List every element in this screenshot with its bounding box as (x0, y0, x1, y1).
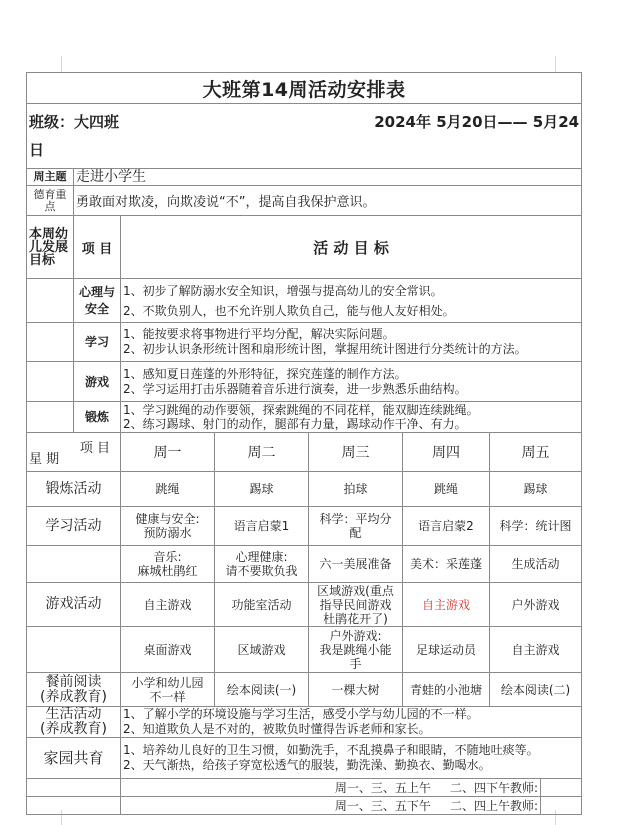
teacher-row: 周一、三、五上午 二、四下午教师: (27, 779, 582, 797)
schedule-cell: 跳绳 (403, 472, 490, 507)
page-title: 大班第14周活动安排表 (27, 73, 582, 104)
goal-row: 锻炼 1、学习跳绳的动作要领，探索跳绳的不同花样，能双脚连续跳绳。 2、练习踢球… (27, 402, 582, 433)
home-line: 1、培养幼儿良好的卫生习惯，如勤洗手，不乱摸鼻子和眼睛，不随地吐痰等。 (123, 743, 579, 758)
schedule-cell: 区域游戏(重点 指导民间游戏 杜鹃花开了) (309, 583, 403, 627)
exercise-row: 锻炼活动 跳绳 踢球 拍球 跳绳 踢球 (27, 472, 582, 507)
schedule-cell: 户外游戏 (490, 583, 582, 627)
schedule-cell: 足球运动员 (403, 627, 490, 673)
schedule-cell: 功能室活动 (215, 583, 309, 627)
corner-weekday: 星 期 (29, 448, 59, 467)
goal-line: 2、练习踢球、射门的动作，腿部有力量，踢球动作干净、有力。 (123, 417, 579, 431)
schedule-cell: 踢球 (490, 472, 582, 507)
life-line: 2、知道欺负人是不对的，被欺负时懂得告诉老师和家长。 (123, 722, 579, 737)
goals-col-item: 项 目 (74, 216, 121, 279)
goal-line: 1、学习跳绳的动作要领，探索跳绳的不同花样，能双脚连续跳绳。 (123, 403, 579, 417)
schedule-cell: 绘本阅读(一) (215, 673, 309, 707)
activity-table: 大班第14周活动安排表 班级：大四班 2024年 5月20日—— 5月24 日 … (26, 72, 582, 815)
schedule-cell: 科学：平均分 配 (309, 507, 403, 546)
goal-item: 游戏 (74, 362, 121, 402)
theme-label: 周主题 (27, 169, 74, 186)
crop-mark-top-right (555, 56, 556, 72)
day-header: 周三 (309, 433, 403, 472)
row-label: 生活活动 (养成教育) (27, 707, 121, 738)
crop-mark-top-left (61, 56, 62, 72)
row-label: 游戏活动 (27, 583, 121, 627)
goal-row: 心理与安全 1、初步了解防溺水安全知识，增强与提高幼儿的安全常识。 2、不欺负别… (27, 279, 582, 323)
goals-label: 本周幼儿发展目标 (27, 216, 74, 279)
home-row: 家园共育 1、培养幼儿良好的卫生习惯，如勤洗手，不乱摸鼻子和眼睛，不随地吐痰等。… (27, 738, 582, 779)
row-label (27, 546, 121, 583)
goal-line: 2、学习运用打击乐器随着音乐进行演奏，进一步熟悉乐曲结构。 (123, 382, 579, 397)
row-label: 餐前阅读 (养成教育) (27, 673, 121, 707)
goal-item: 学习 (74, 323, 121, 362)
goal-item: 心理与安全 (74, 279, 121, 323)
corner-item: 项 目 (80, 437, 110, 456)
life-row: 生活活动 (养成教育) 1、了解小学的环境设施与学习生活，感受小学与幼儿园的不一… (27, 707, 582, 738)
class-info-row: 班级：大四班 2024年 5月20日—— 5月24 日 (27, 104, 582, 169)
schedule-cell-highlighted: 自主游戏 (403, 583, 490, 627)
schedule-cell: 小学和幼儿园 不一样 (121, 673, 215, 707)
game-row: 游戏活动 自主游戏 功能室活动 区域游戏(重点 指导民间游戏 杜鹃花开了) 自主… (27, 583, 582, 627)
schedule-cell: 拍球 (309, 472, 403, 507)
schedule-cell: 绘本阅读(二) (490, 673, 582, 707)
goals-col-goal: 活 动 目 标 (121, 216, 582, 279)
day-header: 周四 (403, 433, 490, 472)
teacher-row: 周一、三、五下午 二、四上午教师: (27, 797, 582, 815)
schedule-cell: 跳绳 (121, 472, 215, 507)
goal-item: 锻炼 (74, 402, 121, 433)
day-header: 周五 (490, 433, 582, 472)
schedule-cell: 健康与安全: 预防溺水 (121, 507, 215, 546)
schedule-cell: 美术：采莲蓬 (403, 546, 490, 583)
row-label: 锻炼活动 (27, 472, 121, 507)
schedule-cell: 语言启蒙2 (403, 507, 490, 546)
schedule-document: 大班第14周活动安排表 班级：大四班 2024年 5月20日—— 5月24 日 … (26, 72, 581, 815)
day-header: 周二 (215, 433, 309, 472)
goal-line: 2、不欺负别人，也不允许别人欺负自己，能与他人友好相处。 (123, 301, 579, 321)
date-tail: 日 (29, 141, 44, 159)
schedule-cell: 生成活动 (490, 546, 582, 583)
goal-row: 游戏 1、感知夏日莲蓬的外形特征，探究莲蓬的制作方法。 2、学习运用打击乐器随着… (27, 362, 582, 402)
goal-line: 2、初步认识条形统计图和扇形统计图，掌握用统计图进行分类统计的方法。 (123, 342, 579, 357)
goal-line: 1、感知夏日莲蓬的外形特征，探究莲蓬的制作方法。 (123, 367, 579, 382)
goal-line: 1、能按要求将事物进行平均分配，解决实际问题。 (123, 327, 579, 342)
goal-row: 学习 1、能按要求将事物进行平均分配，解决实际问题。 2、初步认识条形统计图和扇… (27, 323, 582, 362)
schedule-cell: 桌面游戏 (121, 627, 215, 673)
schedule-cell: 踢球 (215, 472, 309, 507)
teacher-name-field[interactable] (541, 779, 582, 797)
teacher-schedule-text: 周一、三、五下午 二、四上午教师: (121, 797, 541, 815)
row-label (27, 627, 121, 673)
schedule-cell: 户外游戏: 我是跳绳小能 手 (309, 627, 403, 673)
study-row: 学习活动 健康与安全: 预防溺水 语言启蒙1 科学：平均分 配 语言启蒙2 科学… (27, 507, 582, 546)
home-line: 2、天气渐热，给孩子穿宽松透气的服装，勤洗澡、勤换衣、勤喝水。 (123, 758, 579, 773)
game-row-2: 桌面游戏 区域游戏 户外游戏: 我是跳绳小能 手 足球运动员 自主游戏 (27, 627, 582, 673)
schedule-cell: 心理健康: 请不要欺负我 (215, 546, 309, 583)
schedule-cell: 六一美展准备 (309, 546, 403, 583)
date-range: 2024年 5月20日—— 5月24 (374, 108, 579, 136)
schedule-cell: 自主游戏 (490, 627, 582, 673)
teacher-name-field[interactable] (541, 797, 582, 815)
schedule-cell: 区域游戏 (215, 627, 309, 673)
schedule-cell: 音乐: 麻城杜鹃红 (121, 546, 215, 583)
teacher-schedule-text: 周一、三、五上午 二、四下午教师: (121, 779, 541, 797)
schedule-cell: 自主游戏 (121, 583, 215, 627)
schedule-cell: 青蛙的小池塘 (403, 673, 490, 707)
row-label: 学习活动 (27, 507, 121, 546)
class-label: 班级：大四班 (29, 113, 119, 131)
study-row-2: 音乐: 麻城杜鹃红 心理健康: 请不要欺负我 六一美展准备 美术：采莲蓬 生成活… (27, 546, 582, 583)
moral-value: 勇敢面对欺凌，向欺凌说“不”，提高自我保护意识。 (74, 186, 582, 216)
life-line: 1、了解小学的环境设施与学习生活，感受小学与幼儿园的不一样。 (123, 707, 579, 722)
moral-label: 德育重点 (27, 186, 74, 216)
row-label: 家园共育 (27, 738, 121, 779)
theme-value: 走进小学生 (74, 169, 582, 186)
schedule-cell: 科学：统计图 (490, 507, 582, 546)
day-header: 周一 (121, 433, 215, 472)
reading-row: 餐前阅读 (养成教育) 小学和幼儿园 不一样 绘本阅读(一) 一棵大树 青蛙的小… (27, 673, 582, 707)
schedule-cell: 一棵大树 (309, 673, 403, 707)
goal-line: 1、初步了解防溺水安全知识，增强与提高幼儿的安全常识。 (123, 281, 579, 301)
day-corner-header: 项 目 星 期 (27, 433, 121, 472)
schedule-cell: 语言启蒙1 (215, 507, 309, 546)
